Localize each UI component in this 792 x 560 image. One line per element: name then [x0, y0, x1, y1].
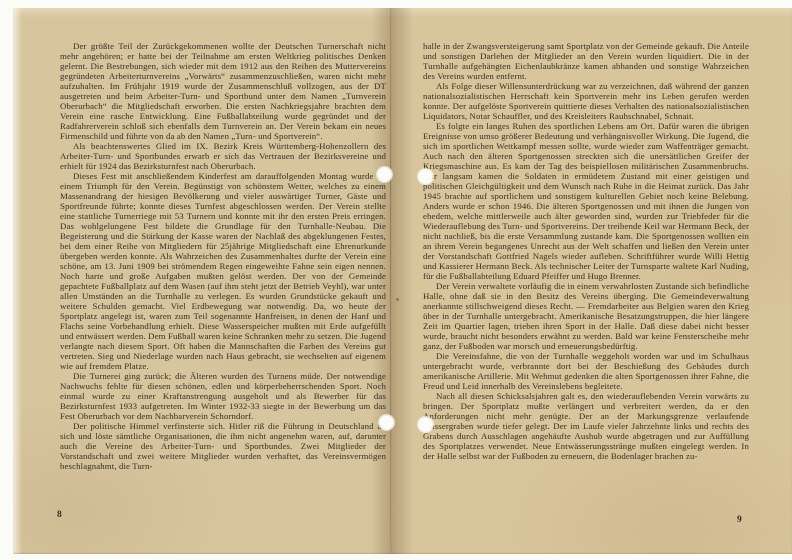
book-spread: Der größte Teil der Zurückgekommenen wol…: [0, 0, 792, 560]
punch-hole: [417, 168, 434, 185]
paragraph: halle in der Zwangsversteigerung samt Sp…: [423, 41, 749, 81]
paragraph: Es folgte ein langes Ruhen des sportlich…: [423, 121, 749, 281]
punch-hole: [376, 166, 393, 183]
page-number-right: 9: [737, 515, 742, 525]
paragraph: Nach all diesen Schicksalsjahren galt es…: [423, 391, 749, 461]
paper-speck: [183, 283, 185, 285]
punch-hole: [378, 414, 395, 431]
paragraph: Der politische Himmel verfinsterte sich.…: [60, 421, 386, 471]
punch-hole: [417, 416, 434, 433]
paragraph: Als Folge dieser Willensunterdrückung wa…: [423, 81, 749, 121]
page-number-left: 8: [57, 510, 62, 520]
page-right-text: halle in der Zwangsversteigerung samt Sp…: [423, 41, 749, 461]
paragraph: Die Turnerei ging zurück; die Älteren wu…: [60, 371, 386, 421]
page-left: Der größte Teil der Zurückgekommenen wol…: [13, 8, 391, 554]
page-left-text: Der größte Teil der Zurückgekommenen wol…: [60, 41, 386, 471]
page-right: halle in der Zwangsversteigerung samt Sp…: [391, 8, 792, 554]
paragraph: Der Verein verwaltete vorläufig die in e…: [423, 281, 749, 351]
paragraph: Der größte Teil der Zurückgekommenen wol…: [60, 41, 386, 141]
paragraph: Als beachtenswertes Glied im IX. Bezirk …: [60, 141, 386, 171]
paragraph: Die Vereinsfahne, die von der Turnhalle …: [423, 351, 749, 391]
paragraph: Dieses Fest mit anschließendem Kinderfes…: [60, 171, 386, 371]
paper-speck: [396, 298, 399, 301]
